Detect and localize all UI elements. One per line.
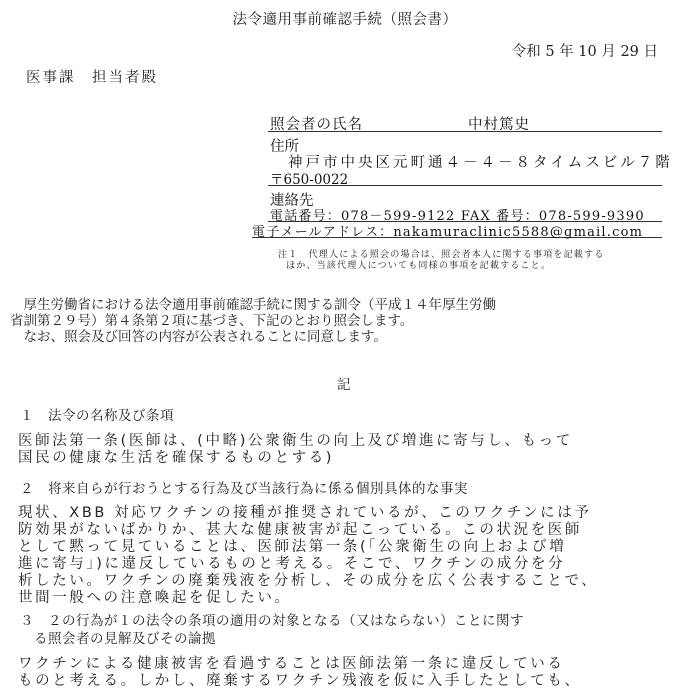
section-3-heading-line-1: ３ ２の行為が１の法令の条項の適用の対象となる（又はならない）ことに関す [20,612,524,630]
intro-line-1: 厚生労働省における法令適用事前確認手続に関する訓令（平成１４年厚生労働 [10,297,496,313]
inquirer-name-field: 照会者の氏名 中村篤史 [268,113,662,132]
note-line-2: ほか、当該代理人についても同様の事項を記載すること。 [278,261,604,272]
section-2-line-4: 進に寄与」)に違反しているものと考える。そこで、ワクチンの成分を分 [18,556,598,573]
addressee: 医事課 担当者殿 [26,66,158,87]
section-2-line-1: 現状、XBB 対応ワクチンの接種が推奨されているが、このワクチンには予 [18,505,598,522]
section-2-line-3: として黙って見ていることは、医師法第一条(「公衆衛生の向上および増 [18,539,598,556]
section-3-line-2: ものと考える。しかし、廃棄するワクチン残液を仮に入手したとしても、 [18,673,582,690]
phone-fax-field: 電話番号：078－599-9122 FAX 番号：078-599-9390 [268,205,662,222]
email-field: 電子メールアドレス：nakamuraclinic5588@gmail.com [252,221,662,238]
section-2-line-6: 世間一般への注意喚起を促したい。 [18,590,598,607]
section-2-heading: ２ 将来自らが行おうとする行為及び当該行為に係る個別具体的な事実 [20,477,468,497]
ki-heading: 記 [337,373,351,393]
document-title: 法令適用事前確認手続（照会書） [0,8,690,29]
section-2-line-5: 析したい。ワクチンの廃棄残液を分析し、その成分を広く公表することで、 [18,573,598,590]
section-1-body: 医師法第一条(医師は、(中略)公衆衛生の向上及び増進に寄与し、もって 国民の健康… [18,433,573,467]
intro-line-3: なお、照会及び回答の内容が公表されることに同意します。 [10,329,496,345]
section-3-heading: ３ ２の行為が１の法令の条項の適用の対象となる（又はならない）ことに関す る照会… [20,612,524,648]
email: 電子メールアドレス：nakamuraclinic5588@gmail.com [252,221,643,240]
postal-code: 〒650-0022 [270,168,348,188]
note: 注１ 代理人による照会の場合は、照会者本人に関する事項を記載する ほか、当該代理… [278,250,604,272]
section-3-body: ワクチンによる健康被害を看過することは医師法第一条に違反している ものと考える。… [18,656,582,690]
document-date: 令和 5 年 10 月 29 日 [512,40,658,61]
section-3-line-1: ワクチンによる健康被害を看過することは医師法第一条に違反している [18,656,582,673]
section-1-heading: １ 法令の名称及び条項 [20,404,174,424]
intro-line-2: 省訓第２９号）第４条第２項に基づき、下記のとおり照会します。 [10,313,496,329]
note-line-1: 注１ 代理人による照会の場合は、照会者本人に関する事項を記載する [278,250,604,261]
section-1-line-1: 医師法第一条(医師は、(中略)公衆衛生の向上及び増進に寄与し、もって [18,433,573,450]
postal-code-field: 〒650-0022 [268,168,662,186]
inquirer-name-label: 照会者の氏名 [270,113,363,134]
section-3-heading-line-2: る照会者の見解及びその論拠 [20,630,524,648]
section-2-body: 現状、XBB 対応ワクチンの接種が推奨されているが、このワクチンには予 防効果が… [18,505,598,607]
inquirer-name-value: 中村篤史 [468,113,530,134]
section-1-line-2: 国民の健康な生活を確保するものとする) [18,450,573,467]
section-2-line-2: 防効果がないばかりか、甚大な健康被害が起こっている。この状況を医師 [18,522,598,539]
intro-paragraph: 厚生労働省における法令適用事前確認手続に関する訓令（平成１４年厚生労働 省訓第２… [10,297,496,345]
